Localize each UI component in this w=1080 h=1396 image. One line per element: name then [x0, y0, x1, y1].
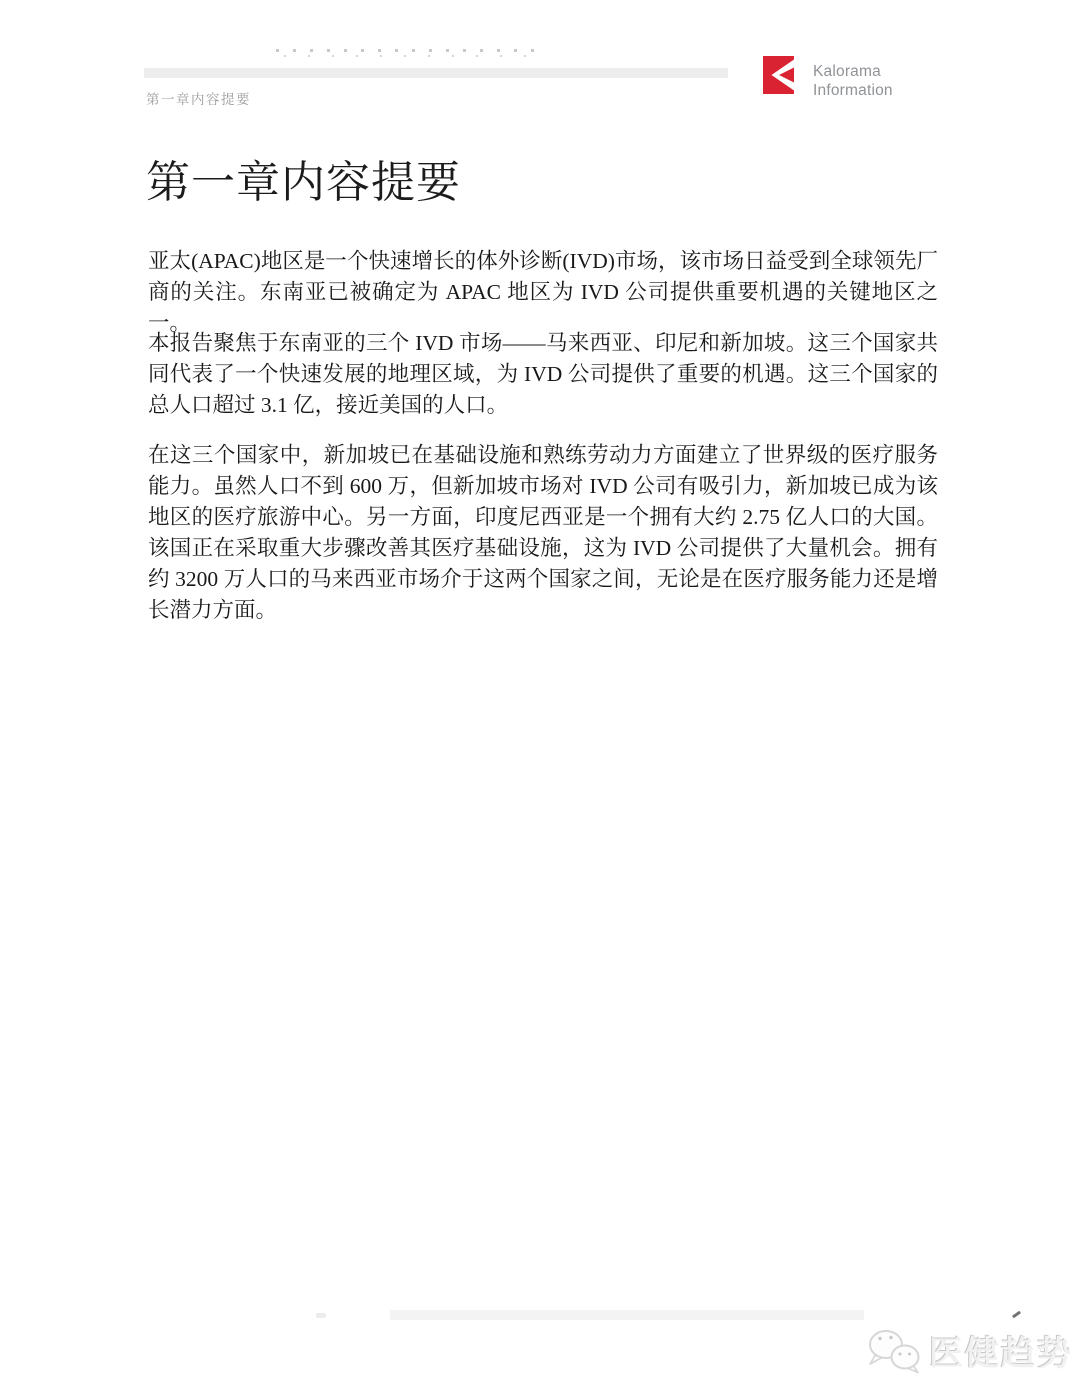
kalorama-logo: Kalorama Information [763, 56, 893, 100]
logo-text-line1: Kalorama [813, 63, 893, 82]
page-corner-mark [1012, 1311, 1021, 1319]
footer-faint-bar [390, 1310, 864, 1320]
document-page: 第一章内容提要 Kalorama Information 第一章内容提要 亚太(… [0, 0, 1080, 1396]
clipped-text-remnant [276, 48, 544, 59]
kalorama-k-icon [763, 56, 794, 94]
watermark-text: 医健趋势 [929, 1326, 1073, 1375]
running-header: 第一章内容提要 [146, 88, 251, 108]
wechat-icon [866, 1328, 922, 1374]
wechat-watermark: 医健趋势 [866, 1326, 1073, 1375]
header-divider-bar [144, 68, 728, 78]
footer-faint-mark [316, 1313, 326, 1318]
page-title: 第一章内容提要 [146, 146, 461, 210]
paragraph-1: 亚太(APAC)地区是一个快速增长的体外诊断(IVD)市场，该市场日益受到全球领… [148, 246, 938, 339]
logo-text-line2: Information [813, 82, 893, 101]
paragraph-2: 本报告聚焦于东南亚的三个 IVD 市场——马来西亚、印尼和新加坡。这三个国家共同… [148, 328, 938, 421]
paragraph-3: 在这三个国家中，新加坡已在基础设施和熟练劳动力方面建立了世界级的医疗服务能力。虽… [148, 440, 938, 626]
logo-text: Kalorama Information [813, 56, 893, 100]
